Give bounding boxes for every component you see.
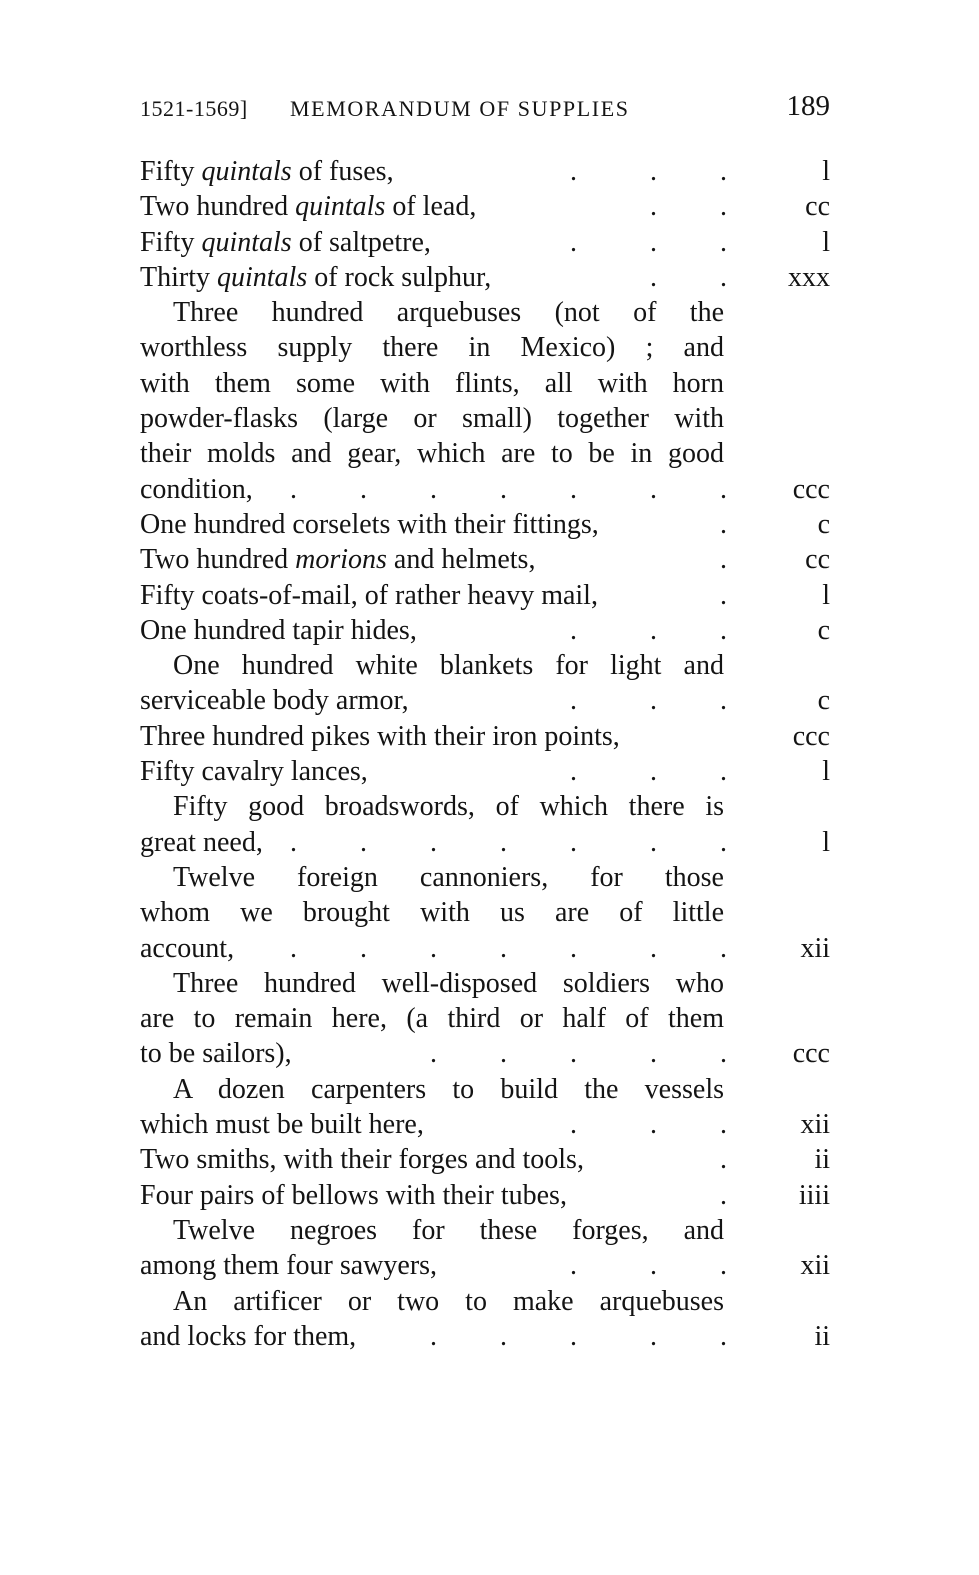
dot-leader: . (650, 683, 657, 718)
text-run: A dozen carpenters to build the vessels (173, 1074, 724, 1105)
italic-term: quintals (201, 227, 291, 258)
line-text: are to remain here, (a third or half of … (140, 1001, 724, 1036)
dot-leader: . (430, 472, 437, 507)
dot-leader: . (650, 825, 657, 860)
line-text: Two hundred morions and helmets, (140, 542, 535, 577)
list-line: their molds and gear, which are to be in… (140, 436, 830, 471)
text-run: whom we brought with us are of little (140, 897, 724, 928)
line-text: One hundred corselets with their fitting… (140, 507, 599, 542)
text-run: Fifty coats-of-mail, of rather heavy mai… (140, 580, 598, 611)
line-text: An artificer or two to make arquebuses (173, 1284, 724, 1319)
roman-quantity: xii (800, 931, 830, 966)
list-line: among them four sawyers,...xii (140, 1248, 830, 1283)
line-text: One hundred tapir hides, (140, 613, 417, 648)
text-run: One hundred tapir hides, (140, 615, 417, 646)
line-text: Three hundred well-disposed soldiers who (173, 966, 724, 1001)
list-line: with them some with flints, all with hor… (140, 366, 830, 401)
dot-leader: . (720, 542, 727, 577)
list-line: condition,.......ccc (140, 472, 830, 507)
text-run: of lead, (385, 191, 476, 222)
text-run: worthless supply there in Mexico) ; and (140, 332, 724, 363)
text-run: Four pairs of bellows with their tubes, (140, 1180, 567, 1211)
dot-leader: . (650, 154, 657, 189)
italic-term: quintals (201, 156, 291, 187)
line-text: with them some with flints, all with hor… (140, 366, 724, 401)
text-run: One hundred white blankets for light and (173, 650, 724, 681)
roman-quantity: cc (805, 189, 830, 224)
list-line: and locks for them,.....ii (140, 1319, 830, 1354)
line-text: Fifty quintals of fuses, (140, 154, 394, 189)
line-text: Twelve negroes for these forges, and (173, 1213, 724, 1248)
dot-leader: . (650, 225, 657, 260)
list-line: Thirty quintals of rock sulphur,..xxx (140, 260, 830, 295)
running-header: 1521-1569] MEMORANDUM OF SUPPLIES 189 (140, 90, 830, 130)
list-line: Fifty cavalry lances,...l (140, 754, 830, 789)
text-run: and locks for them, (140, 1321, 356, 1352)
dot-leader: . (720, 931, 727, 966)
line-text: One hundred white blankets for light and (173, 648, 724, 683)
dot-leader: . (500, 825, 507, 860)
list-line: serviceable body armor,...c (140, 683, 830, 718)
text-run: Three hundred well-disposed soldiers who (173, 968, 724, 999)
dot-leader: . (650, 754, 657, 789)
dot-leader: . (720, 1178, 727, 1213)
dot-leader: . (720, 613, 727, 648)
dot-leader: . (360, 825, 367, 860)
running-title: MEMORANDUM OF SUPPLIES (290, 96, 630, 122)
roman-quantity: c (818, 507, 830, 542)
line-text: worthless supply there in Mexico) ; and (140, 330, 724, 365)
list-line: Three hundred pikes with their iron poin… (140, 719, 830, 754)
dot-leader: . (720, 154, 727, 189)
dot-leader: . (290, 931, 297, 966)
dot-leader: . (500, 1036, 507, 1071)
dot-leader: . (570, 931, 577, 966)
list-line: Fifty quintals of fuses,...l (140, 154, 830, 189)
italic-term: morions (295, 544, 387, 575)
list-line: Four pairs of bellows with their tubes,.… (140, 1178, 830, 1213)
list-line: One hundred corselets with their fitting… (140, 507, 830, 542)
text-run: Two hundred (140, 191, 295, 222)
text-run: Three hundred pikes with their iron poin… (140, 721, 620, 752)
text-run: of saltpetre, (292, 227, 431, 258)
dot-leader: . (570, 1107, 577, 1142)
dot-leader: . (570, 225, 577, 260)
list-line: great need,.......l (140, 825, 830, 860)
text-run: of fuses, (292, 156, 394, 187)
text-run: Fifty cavalry lances, (140, 756, 368, 787)
text-run: Fifty (140, 156, 201, 187)
dot-leader: . (290, 472, 297, 507)
roman-quantity: ii (814, 1319, 830, 1354)
list-line: Three hundred arquebuses (not of the (140, 295, 830, 330)
text-run: Two smiths, with their forges and tools, (140, 1144, 584, 1175)
text-run: among them four sawyers, (140, 1250, 437, 1281)
list-line: Two smiths, with their forges and tools,… (140, 1142, 830, 1177)
dot-leader: . (650, 1036, 657, 1071)
list-line: are to remain here, (a third or half of … (140, 1001, 830, 1036)
list-line: A dozen carpenters to build the vessels (140, 1072, 830, 1107)
dot-leader: . (720, 754, 727, 789)
text-run: serviceable body armor, (140, 685, 409, 716)
dot-leader: . (650, 260, 657, 295)
line-text: Fifty coats-of-mail, of rather heavy mai… (140, 578, 598, 613)
text-run: An artificer or two to make arquebuses (173, 1286, 724, 1317)
list-line: whom we brought with us are of little (140, 895, 830, 930)
italic-term: quintals (295, 191, 385, 222)
dot-leader: . (720, 1107, 727, 1142)
line-text: Four pairs of bellows with their tubes, (140, 1178, 567, 1213)
list-line: One hundred white blankets for light and (140, 648, 830, 683)
roman-quantity: l (822, 154, 830, 189)
line-text: Twelve foreign cannoniers, for those (173, 860, 724, 895)
dot-leader: . (570, 1248, 577, 1283)
dot-leader: . (720, 472, 727, 507)
text-run: and helmets, (387, 544, 536, 575)
dot-leader: . (720, 189, 727, 224)
text-run: Thirty (140, 262, 217, 293)
line-text: Fifty cavalry lances, (140, 754, 368, 789)
page-number: 189 (787, 90, 831, 123)
dot-leader: . (650, 1248, 657, 1283)
text-run: Twelve foreign cannoniers, for those (173, 862, 724, 893)
list-line: An artificer or two to make arquebuses (140, 1284, 830, 1319)
list-line: Fifty good broadswords, of which there i… (140, 789, 830, 824)
text-run: Fifty good broadswords, of which there i… (173, 791, 724, 822)
roman-quantity: ccc (793, 1036, 830, 1071)
text-run: Twelve negroes for these forges, and (173, 1215, 724, 1246)
dot-leader: . (650, 1107, 657, 1142)
line-text: their molds and gear, which are to be in… (140, 436, 724, 471)
roman-quantity: l (822, 825, 830, 860)
list-line: Twelve foreign cannoniers, for those (140, 860, 830, 895)
line-text: Two hundred quintals of lead, (140, 189, 476, 224)
roman-quantity: c (818, 683, 830, 718)
list-line: Two hundred quintals of lead,..cc (140, 189, 830, 224)
line-text: serviceable body armor, (140, 683, 409, 718)
text-run: powder-flasks (large or small) together … (140, 403, 724, 434)
line-text: and locks for them, (140, 1319, 356, 1354)
dot-leader: . (570, 683, 577, 718)
dot-leader: . (430, 825, 437, 860)
line-text: powder-flasks (large or small) together … (140, 401, 724, 436)
line-text: among them four sawyers, (140, 1248, 437, 1283)
dot-leader: . (720, 1319, 727, 1354)
list-line: Two hundred morions and helmets,.cc (140, 542, 830, 577)
dot-leader: . (500, 931, 507, 966)
list-line: to be sailors),.....ccc (140, 1036, 830, 1071)
dot-leader: . (570, 613, 577, 648)
text-run: with them some with flints, all with hor… (140, 368, 724, 399)
line-text: Three hundred arquebuses (not of the (173, 295, 724, 330)
roman-quantity: l (822, 578, 830, 613)
text-run: Three hundred arquebuses (not of the (173, 297, 724, 328)
line-text: condition, (140, 472, 253, 507)
dot-leader: . (720, 825, 727, 860)
line-text: Fifty quintals of saltpetre, (140, 225, 431, 260)
supply-list: Fifty quintals of fuses,...lTwo hundred … (140, 154, 830, 1354)
list-line: Fifty quintals of saltpetre,...l (140, 225, 830, 260)
text-run: Two hundred (140, 544, 295, 575)
dot-leader: . (650, 472, 657, 507)
list-line: account,.......xii (140, 931, 830, 966)
dot-leader: . (430, 931, 437, 966)
dot-leader: . (720, 578, 727, 613)
dot-leader: . (720, 260, 727, 295)
roman-quantity: cc (805, 542, 830, 577)
roman-quantity: c (818, 613, 830, 648)
dot-leader: . (720, 1248, 727, 1283)
list-line: Fifty coats-of-mail, of rather heavy mai… (140, 578, 830, 613)
roman-quantity: xxx (788, 260, 830, 295)
roman-quantity: ccc (793, 472, 830, 507)
text-run: Fifty (140, 227, 201, 258)
line-text: to be sailors), (140, 1036, 292, 1071)
roman-quantity: iiii (799, 1178, 830, 1213)
dot-leader: . (500, 472, 507, 507)
dot-leader: . (430, 1036, 437, 1071)
line-text: Two smiths, with their forges and tools, (140, 1142, 584, 1177)
roman-quantity: l (822, 754, 830, 789)
roman-quantity: xii (800, 1107, 830, 1142)
dot-leader: . (570, 472, 577, 507)
dot-leader: . (360, 472, 367, 507)
list-line: Three hundred well-disposed soldiers who (140, 966, 830, 1001)
text-run: of rock sulphur, (307, 262, 491, 293)
dot-leader: . (650, 1319, 657, 1354)
dot-leader: . (650, 189, 657, 224)
roman-quantity: ii (814, 1142, 830, 1177)
dot-leader: . (720, 683, 727, 718)
line-text: Thirty quintals of rock sulphur, (140, 260, 491, 295)
dot-leader: . (570, 1319, 577, 1354)
list-line: powder-flasks (large or small) together … (140, 401, 830, 436)
dot-leader: . (720, 1036, 727, 1071)
text-run: which must be built here, (140, 1109, 424, 1140)
dot-leader: . (570, 154, 577, 189)
dot-leader: . (720, 507, 727, 542)
roman-quantity: ccc (793, 719, 830, 754)
text-run: condition, (140, 474, 253, 505)
list-line: One hundred tapir hides,...c (140, 613, 830, 648)
dot-leader: . (430, 1319, 437, 1354)
text-run: are to remain here, (a third or half of … (140, 1003, 724, 1034)
dot-leader: . (360, 931, 367, 966)
roman-quantity: xii (800, 1248, 830, 1283)
dot-leader: . (570, 754, 577, 789)
text-run: their molds and gear, which are to be in… (140, 438, 724, 469)
line-text: whom we brought with us are of little (140, 895, 724, 930)
text-run: One hundred corselets with their fitting… (140, 509, 599, 540)
dot-leader: . (720, 1142, 727, 1177)
list-line: which must be built here,...xii (140, 1107, 830, 1142)
line-text: great need, (140, 825, 263, 860)
dot-leader: . (290, 825, 297, 860)
line-text: Three hundred pikes with their iron poin… (140, 719, 620, 754)
roman-quantity: l (822, 225, 830, 260)
list-line: worthless supply there in Mexico) ; and (140, 330, 830, 365)
dot-leader: . (570, 825, 577, 860)
line-text: which must be built here, (140, 1107, 424, 1142)
list-line: Twelve negroes for these forges, and (140, 1213, 830, 1248)
line-text: Fifty good broadswords, of which there i… (173, 789, 724, 824)
text-run: account, (140, 933, 234, 964)
text-run: great need, (140, 827, 263, 858)
dot-leader: . (500, 1319, 507, 1354)
line-text: account, (140, 931, 234, 966)
text-run: to be sailors), (140, 1038, 292, 1069)
date-range: 1521-1569] (140, 96, 248, 122)
dot-leader: . (650, 931, 657, 966)
line-text: A dozen carpenters to build the vessels (173, 1072, 724, 1107)
dot-leader: . (570, 1036, 577, 1071)
dot-leader: . (720, 225, 727, 260)
italic-term: quintals (217, 262, 307, 293)
dot-leader: . (650, 613, 657, 648)
